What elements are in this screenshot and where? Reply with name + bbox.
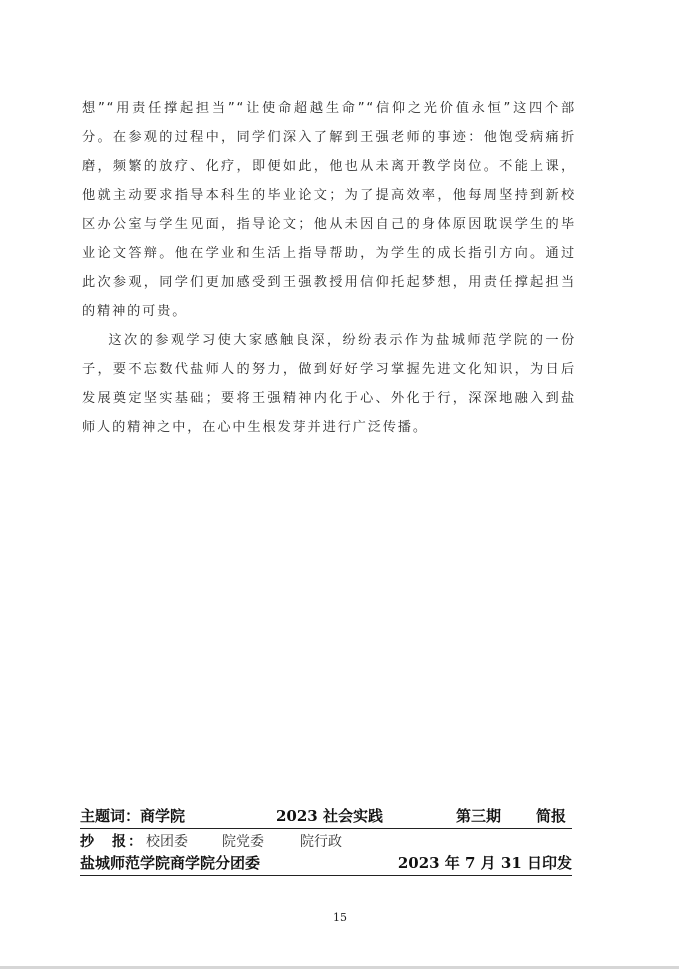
cc-recipient: 校团委	[146, 832, 188, 852]
cc-recipient: 院党委	[222, 832, 264, 852]
subject-line: 主题词：商学院 2023 社会实践 第三期 简报	[80, 806, 572, 829]
issue-date: 2023 年 7 月 31 日印发	[398, 853, 572, 873]
cc-recipient: 院行政	[300, 832, 342, 852]
subject-topic: 2023 社会实践	[276, 806, 383, 826]
doc-type: 简报	[536, 806, 566, 826]
issuer: 盐城师范学院商学院分团委	[80, 853, 260, 873]
cc-label: 抄 报：	[80, 832, 144, 852]
subject-label: 主题词：商学院	[80, 806, 185, 826]
paragraph-1: 想”“用责任撑起担当”“让使命超越生命”“信仰之光价值永恒”这四个部分。在参观的…	[82, 94, 576, 326]
issuer-line: 盐城师范学院商学院分团委 2023 年 7 月 31 日印发	[80, 853, 572, 876]
page-number: 15	[330, 911, 350, 924]
issue-number: 第三期	[456, 806, 501, 826]
document-body: 想”“用责任撑起担当”“让使命超越生命”“信仰之光价值永恒”这四个部分。在参观的…	[82, 94, 576, 442]
paragraph-2: 这次的参观学习使大家感触良深，纷纷表示作为盐城师范学院的一份子，要不忘数代盐师人…	[82, 326, 576, 442]
